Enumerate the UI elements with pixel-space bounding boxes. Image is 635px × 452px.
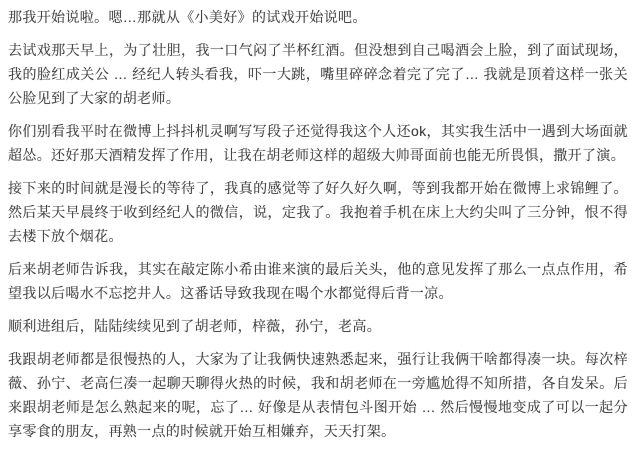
paragraph: 我跟胡老师都是很慢热的人，大家为了让我俩快速熟悉起来，强行让我俩干啥都得凑一块。… — [8, 347, 628, 443]
paragraph: 你们别看我平时在微博上抖抖机灵啊写写段子还觉得我这个人还ok，其实我生活中一遇到… — [8, 119, 628, 167]
paragraph: 那我开始说啦。嗯…那就从《小美好》的试戏开始说吧。 — [8, 5, 628, 29]
paragraph: 后来胡老师告诉我，其实在敲定陈小希由谁来演的最后关头，他的意见发挥了那么一点点作… — [8, 257, 628, 305]
paragraph: 顺利进组后，陆陆续续见到了胡老师，梓薇，孙宁，老高。 — [8, 314, 628, 338]
article-body: 那我开始说啦。嗯…那就从《小美好》的试戏开始说吧。去试戏那天早上，为了壮胆，我一… — [0, 0, 635, 443]
paragraph: 接下来的时间就是漫长的等待了，我真的感觉等了好久好久啊，等到我都开始在微博上求锦… — [8, 176, 628, 248]
paragraph: 去试戏那天早上，为了壮胆，我一口气闷了半杯红酒。但没想到自己喝酒会上脸，到了面试… — [8, 38, 628, 110]
